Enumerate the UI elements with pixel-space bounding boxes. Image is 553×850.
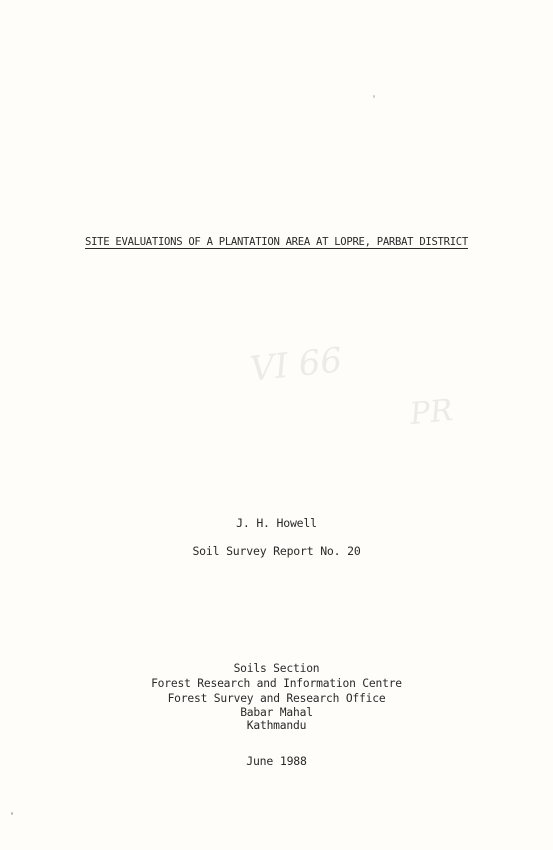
- address-line-street: Babar Mahal: [0, 706, 553, 719]
- address-line-office: Forest Survey and Research Office: [0, 692, 553, 705]
- address-line-section: Soils Section: [0, 662, 553, 675]
- author: J. H. Howell: [0, 516, 553, 530]
- faint-handwriting-mark-2: PR: [408, 393, 454, 432]
- document-title: SITE EVALUATIONS OF A PLANTATION AREA AT…: [0, 236, 553, 248]
- address-line-centre: Forest Research and Information Centre: [0, 677, 553, 690]
- faint-handwriting-mark: VI 66: [248, 340, 344, 389]
- publication-date: June 1988: [0, 754, 553, 768]
- report-number: Soil Survey Report No. 20: [0, 544, 553, 558]
- scan-speck: [11, 812, 13, 815]
- scan-speck: [373, 95, 375, 98]
- address-line-city: Kathmandu: [0, 719, 553, 732]
